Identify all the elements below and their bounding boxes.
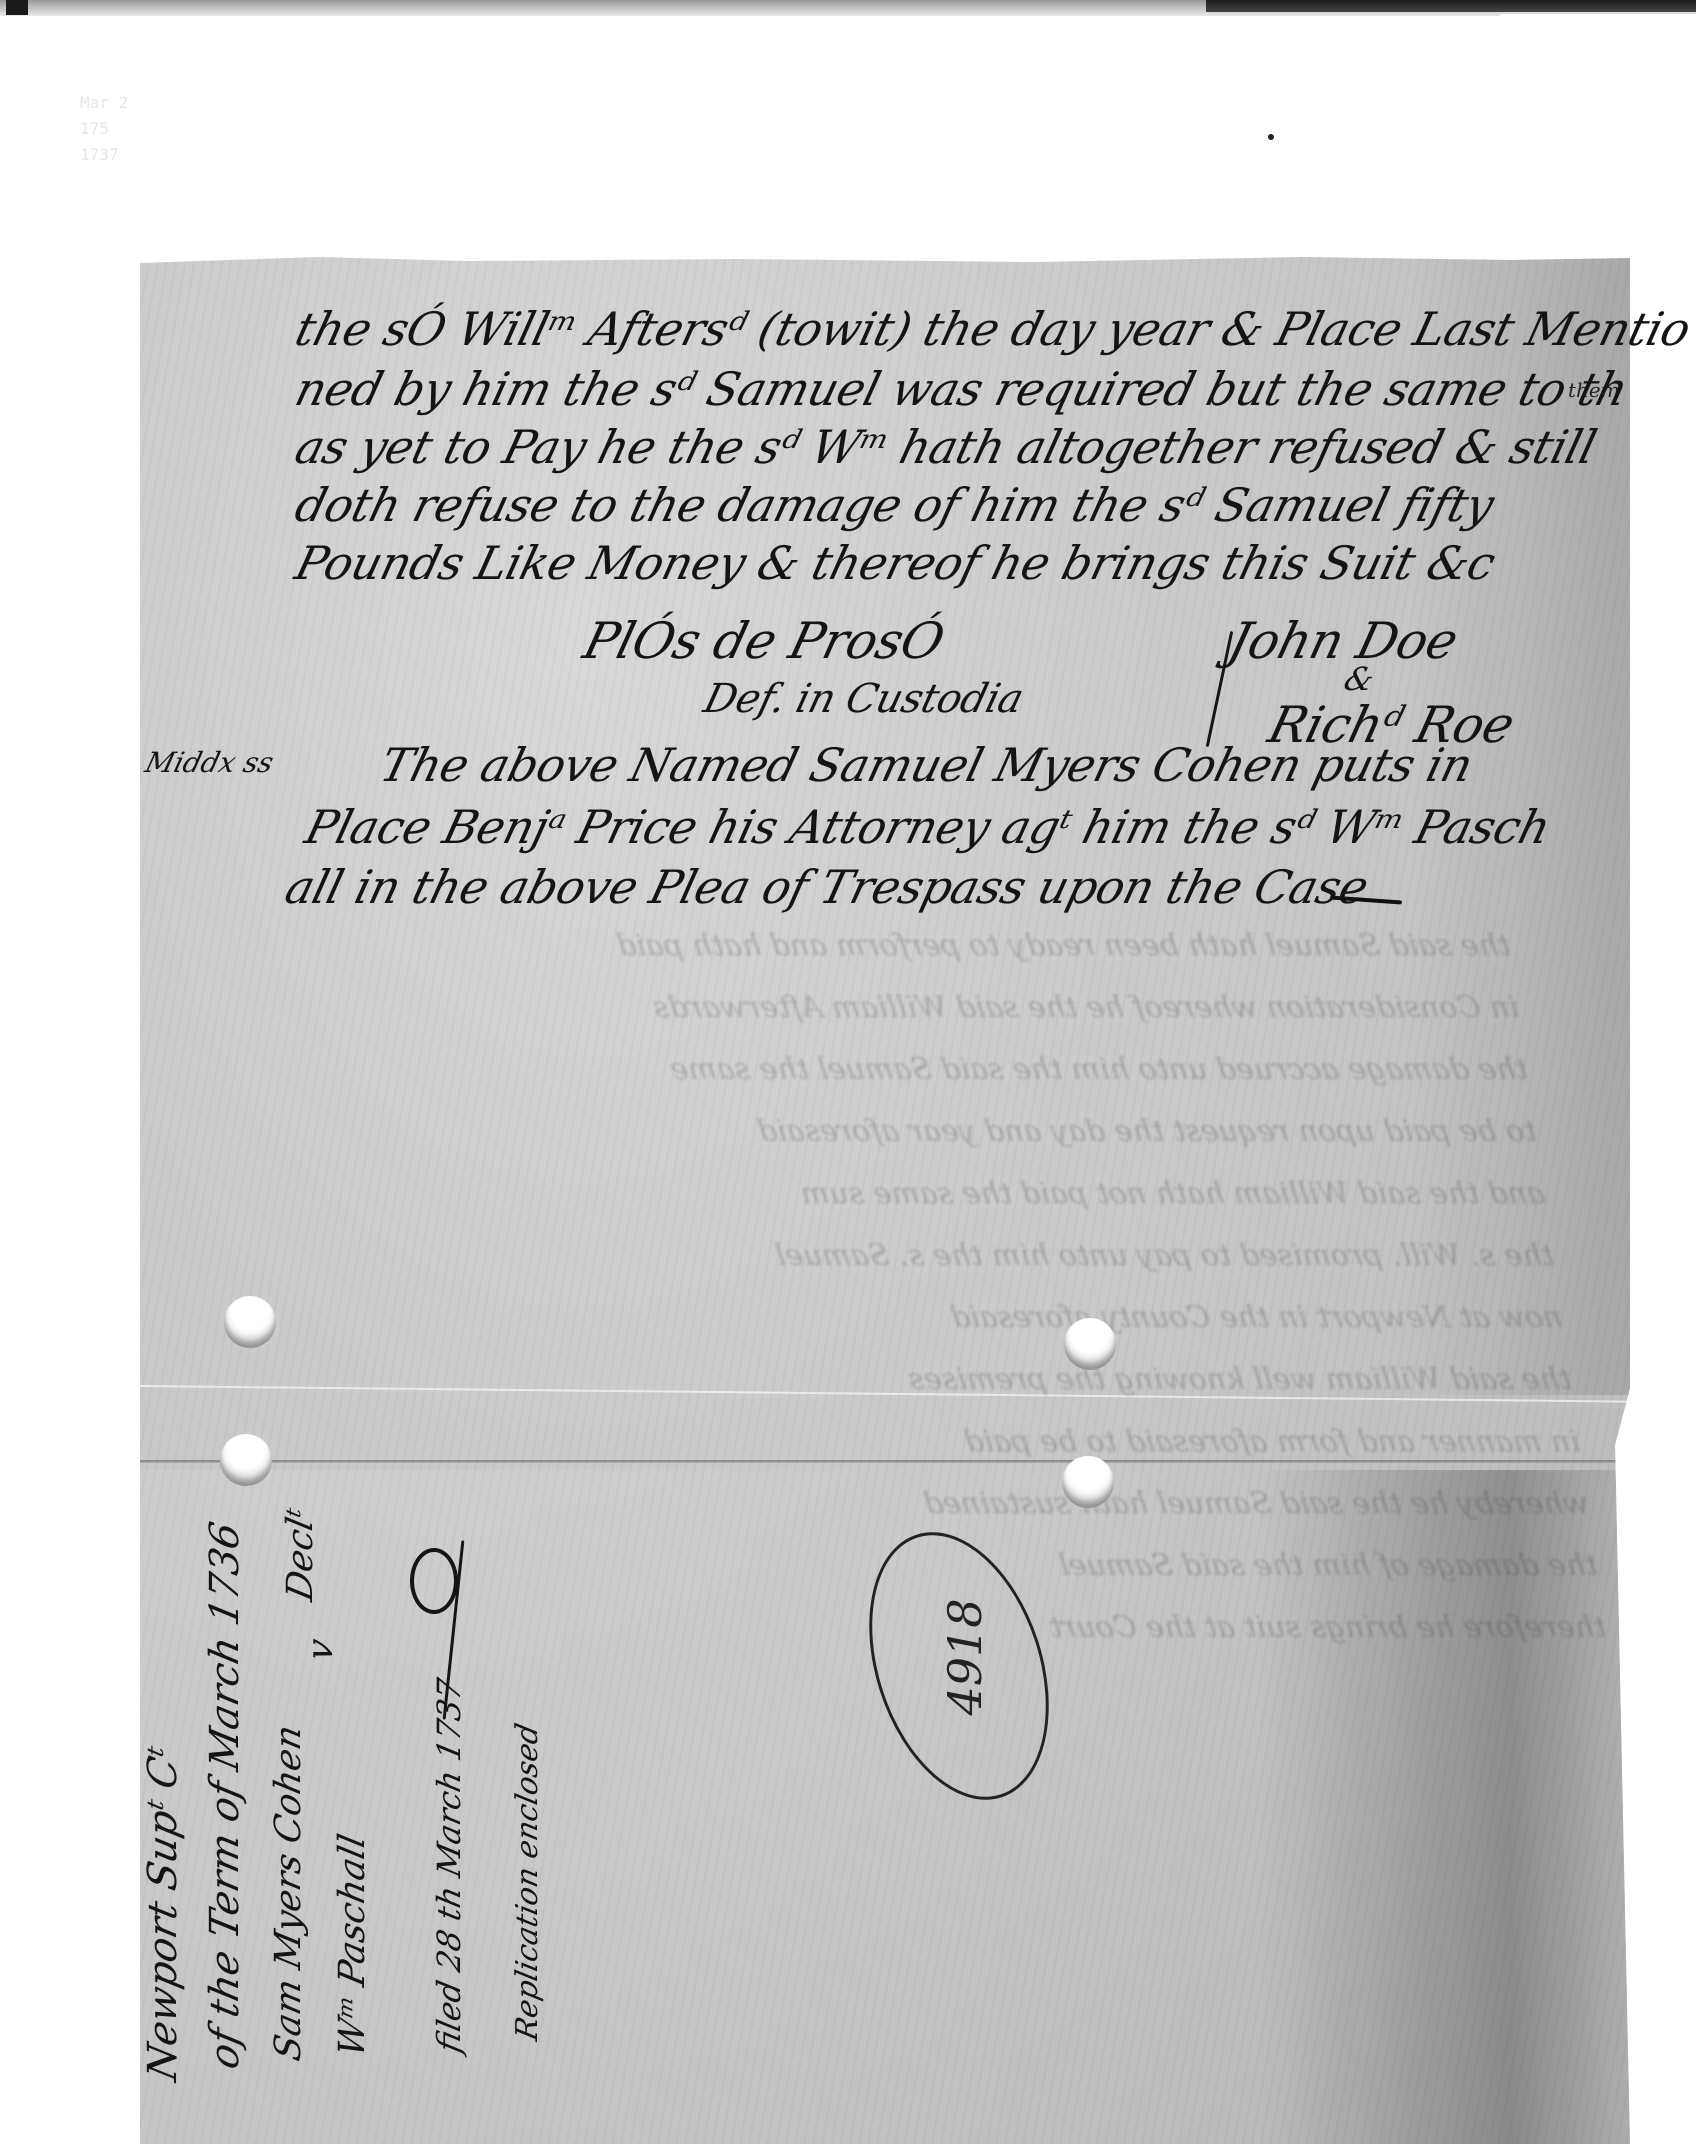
appearance-line-3: all in the above Plea of Trespass upon t… xyxy=(280,860,1374,914)
endorsement-writ-type: Declᵗ xyxy=(280,1505,321,1604)
endorsement-note: Replication enclosed xyxy=(510,1720,545,2043)
body-line-5: Pounds Like Money & thereof he brings th… xyxy=(290,536,1501,590)
case-number: 4918 xyxy=(938,1592,992,1722)
punch-hole xyxy=(1064,1318,1116,1370)
faint-ghost-marks: Mar 2 175 1737 xyxy=(80,90,200,250)
scanner-edge xyxy=(0,0,1696,16)
body-line-1: the sÓ Willᵐ Aftersᵈ (towit) the day yea… xyxy=(290,302,1696,356)
pledges-label: PlÓs de ProsÓ xyxy=(578,612,950,670)
appearance-line-1: The above Named Samuel Myers Cohen puts … xyxy=(375,738,1478,792)
body-line-3: as yet to Pay he the sᵈ Wᵐ hath altogeth… xyxy=(290,420,1602,474)
county-margin-note: Middx ss xyxy=(142,746,277,779)
endorsement-term: of the Term of March 1736 xyxy=(202,1518,248,2073)
appearance-line-2: Place Benjᵃ Price his Attorney agᵗ him t… xyxy=(300,800,1556,854)
body-line-2: ned by him the sᵈ Samuel was required bu… xyxy=(290,362,1633,416)
endorsement-plaintiff: Sam Myers Cohen xyxy=(268,1721,309,2064)
clerk-signature-mark xyxy=(410,1548,458,1614)
punch-hole xyxy=(1062,1456,1114,1508)
endorsement-filed-date: filed 28 th March 1737 xyxy=(430,1675,468,2056)
ink-dot xyxy=(1268,134,1274,140)
plaintiff-pledge: John Doe xyxy=(1223,612,1464,670)
endorsement-court: Newport Supᵗ Cᵗ xyxy=(140,1743,186,2085)
punch-hole xyxy=(220,1434,272,1486)
scanner-corner xyxy=(6,0,28,15)
body-line-4: doth refuse to the damage of him the sᵈ … xyxy=(290,478,1499,532)
scanner-edge-right xyxy=(1206,0,1696,12)
defendant-custody-label: Def. in Custodia xyxy=(699,676,1028,722)
punch-hole xyxy=(224,1296,276,1348)
endorsement-defendant: Wᵐ Paschall xyxy=(332,1831,373,2061)
